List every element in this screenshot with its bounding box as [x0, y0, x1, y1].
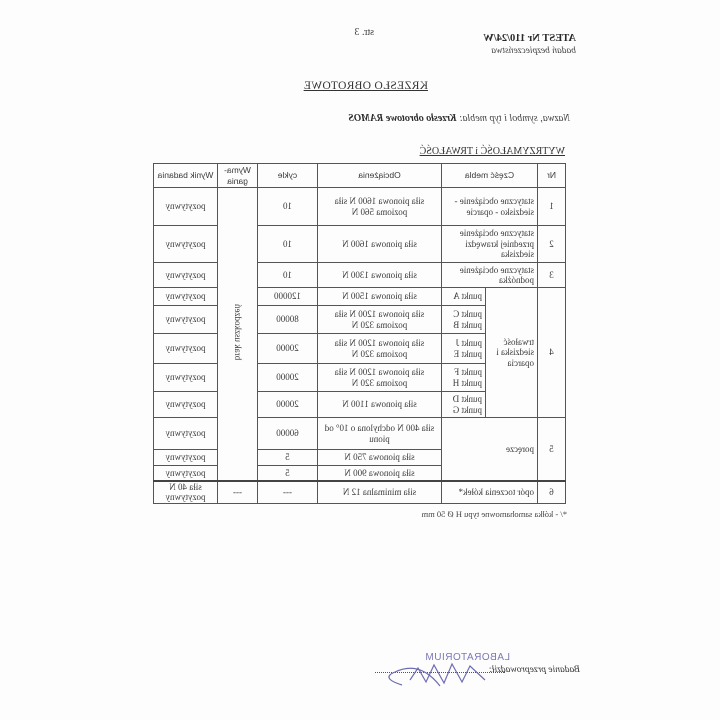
row-nr: 4 [538, 288, 566, 418]
table-header-row: Nr Część mebla Obciążenia cykle Wyma-gan… [153, 164, 565, 188]
product-line: Nazwa, symbol i typ mebla: Krzesło obrot… [348, 113, 570, 124]
row-load: siła pionowa 1100 N [317, 392, 441, 418]
row-result: pozytywny [153, 418, 217, 450]
row-cycles: 20000 [257, 334, 317, 364]
row-load: siła pionowa 1200 N siła pozioma 320 N [317, 364, 441, 392]
table-row: 2 statyczne obciążenie przedniej krawędz… [153, 226, 565, 263]
row-nr: 5 [538, 418, 566, 481]
signature-scribble-icon [370, 658, 490, 688]
row-part: statyczne obciążenie przedniej krawędzi … [441, 226, 537, 263]
row-result: pozytywny [153, 226, 217, 263]
row-result: pozytywny [153, 334, 217, 364]
row-part: poręcze [441, 418, 537, 481]
row-load: siła pionowa 1500 N [317, 288, 441, 306]
product-name: Krzesło obrotowe RAMOS [348, 113, 456, 124]
row-result: pozytywny [153, 450, 217, 466]
row-load: siła pionowa 1600 N siła pozioma 560 N [317, 188, 441, 226]
row-cycles: 5 [257, 450, 317, 466]
header-nr: Nr [538, 164, 566, 188]
row-cycles: 120000 [257, 288, 317, 306]
row-cycles: 20000 [257, 364, 317, 392]
table-row: 1 statyczne obciążenie - siedzisko - opa… [153, 188, 565, 226]
document-title: KRZESŁO OBROTOWE [304, 80, 428, 92]
table-row: 3 statyczne obciążenie podnóżka siła pio… [153, 263, 565, 288]
row-part: trwałość siedziska i oparcia [486, 288, 538, 418]
footnote: */ - kółka samohamowne typu H Ø 50 mm [422, 509, 567, 519]
header-requirements: Wyma-gania [217, 164, 257, 188]
row-cycles: 5 [257, 466, 317, 481]
results-table: Nr Część mebla Obciążenia cykle Wyma-gan… [153, 163, 566, 504]
row-load: siła pionowa 1200 N siła pozioma 320 N [317, 334, 441, 364]
product-label: Nazwa, symbol i typ mebla: [459, 113, 570, 124]
table-row: 6 opór toczenia kółek* siła minimalna 12… [153, 481, 565, 504]
header-result: Wynik badania [153, 164, 217, 188]
table-row: 5 poręcze siła 400 N odchylona o 10° od … [153, 418, 565, 450]
row-cycles: 10 [257, 226, 317, 263]
row-cycles: --- [257, 481, 317, 504]
row-part: opór toczenia kółek* [441, 481, 537, 504]
row-result: pozytywny [153, 188, 217, 226]
document-page: str. 3 ATEST Nr 110/24/W badań bezpiecze… [0, 0, 720, 720]
row-load: siła pionowa 1200 N siła pozioma 320 N [317, 306, 441, 334]
requirements-text: brak uszkodzeń [232, 304, 243, 360]
row-points: punkt C punkt B [441, 306, 485, 334]
row-result: siła 40 N pozytywny [153, 481, 217, 504]
row-points: punkt J punkt E [441, 334, 485, 364]
row-requirements: --- [217, 481, 257, 504]
row-part: statyczne obciążenie podnóżka [441, 263, 537, 288]
header-part: Część mebla [441, 164, 537, 188]
row-cycles: 20000 [257, 392, 317, 418]
row-result: pozytywny [153, 306, 217, 334]
row-nr: 2 [538, 226, 566, 263]
row-cycles: 60000 [257, 418, 317, 450]
row-nr: 6 [538, 481, 566, 504]
header-cycles: cykle [257, 164, 317, 188]
table-row: 4 trwałość siedziska i oparcia punkt A s… [153, 288, 565, 306]
section-title: WYTRZYMAŁOŚĆ i TRWAŁOŚĆ [420, 146, 565, 157]
row-points: punkt A [441, 288, 485, 306]
row-cycles: 10 [257, 188, 317, 226]
row-result: pozytywny [153, 364, 217, 392]
row-cycles: 10 [257, 263, 317, 288]
page-number: str. 3 [355, 27, 374, 38]
row-nr: 1 [538, 188, 566, 226]
row-result: pozytywny [153, 466, 217, 481]
row-load: siła pionowa 1600 N [317, 226, 441, 263]
certificate-number: ATEST Nr 110/24/W [483, 33, 576, 44]
requirements-merged: brak uszkodzeń [217, 188, 257, 481]
row-load: siła pionowa 750 N [317, 450, 441, 466]
row-part: statyczne obciążenie - siedzisko - oparc… [441, 188, 537, 226]
row-load: siła pionowa 900 N [317, 466, 441, 481]
row-result: pozytywny [153, 288, 217, 306]
row-load: siła 400 N odchylona o 10° od pionu [317, 418, 441, 450]
row-result: pozytywny [153, 392, 217, 418]
certificate-subtitle: badań bezpieczeństwa [491, 46, 576, 56]
row-load: siła minimalna 12 N [317, 481, 441, 504]
row-points: punkt D punkt G [441, 392, 485, 418]
header-load: Obciążenia [317, 164, 441, 188]
row-cycles: 80000 [257, 306, 317, 334]
row-points: punkt F punkt H [441, 364, 485, 392]
row-nr: 3 [538, 263, 566, 288]
row-load: siła pionowa 1300 N [317, 263, 441, 288]
row-result: pozytywny [153, 263, 217, 288]
